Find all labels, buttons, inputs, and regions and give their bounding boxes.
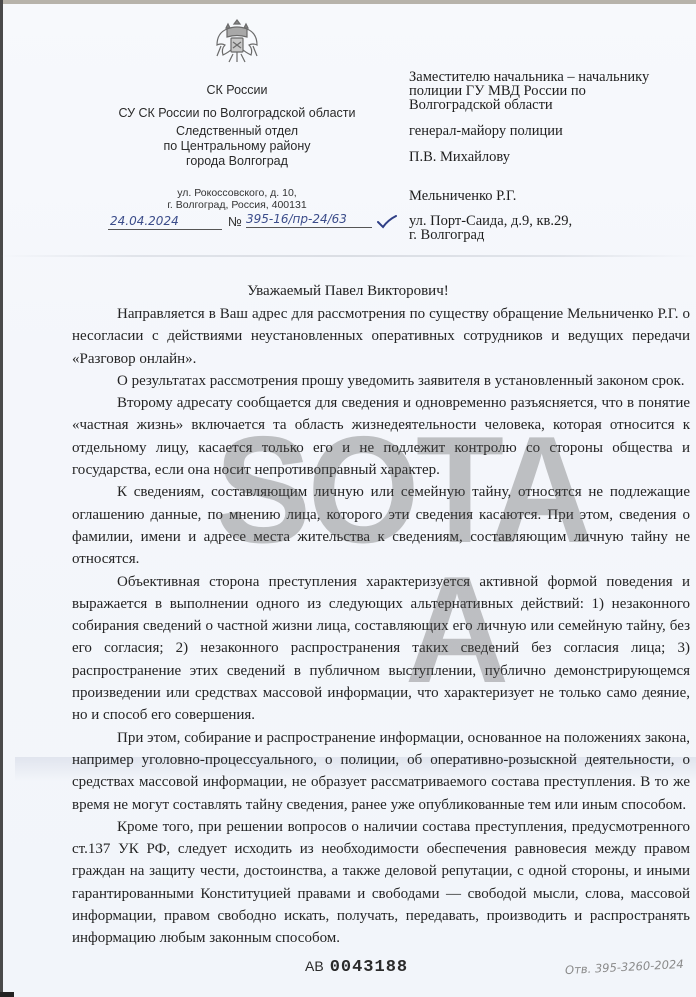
paragraph: При этом, собирание и распространение ин… bbox=[72, 727, 690, 816]
coat-of-arms-icon bbox=[213, 16, 261, 68]
number-label: № bbox=[228, 214, 242, 229]
paragraph: Кроме того, при решении вопросов о налич… bbox=[72, 816, 690, 950]
paragraph: О результатах рассмотрения прошу уведоми… bbox=[72, 370, 690, 392]
addressee-line-3: Волгоградской области bbox=[409, 98, 553, 113]
checkmark-icon bbox=[377, 215, 397, 229]
paragraph: Второму адресату сообщается для сведения… bbox=[72, 392, 690, 481]
dept-line-1: Следственный отдел bbox=[107, 124, 367, 138]
letter-body: Направляется в Ваш адрес для рассмотрени… bbox=[72, 303, 690, 950]
handwritten-reg-number: 395-16/пр-24/63 bbox=[246, 211, 372, 228]
serial-digits: 0043188 bbox=[330, 958, 408, 977]
addressee-name: П.В. Михайлову bbox=[409, 150, 510, 165]
address-line-1: ул. Рокоссовского, д. 10, bbox=[107, 187, 367, 199]
scan-top-edge bbox=[0, 0, 696, 4]
second-addressee-name: Мельниченко Р.Г. bbox=[409, 189, 516, 204]
addressee-rank: генерал-майору полиции bbox=[409, 124, 563, 139]
second-addressee-address-2: г. Волгоград bbox=[409, 228, 484, 243]
paragraph: Направляется в Ваш адрес для рассмотрени… bbox=[72, 303, 690, 370]
serial-prefix: АВ bbox=[305, 958, 324, 974]
scan-left-edge bbox=[0, 0, 3, 997]
address-line-2: г. Волгоград, Россия, 400131 bbox=[107, 199, 367, 211]
form-serial-number: АВ0043188 bbox=[305, 958, 408, 977]
handwritten-footer-note: Отв. 395-3260-2024 bbox=[565, 957, 684, 977]
paragraph: К сведениям, составляющим личную или сем… bbox=[72, 481, 690, 570]
handwritten-date: 24.04.2024 bbox=[108, 213, 222, 230]
salutation: Уважаемый Павел Викторович! bbox=[0, 283, 696, 300]
document-page: СК России СУ СК России по Волгоградской … bbox=[0, 0, 696, 997]
dept-line-3: города Волгоград bbox=[107, 154, 367, 168]
scan-bottom-corner bbox=[0, 992, 14, 997]
org-region: СУ СК России по Волгоградской области bbox=[107, 106, 367, 120]
paper-fold-line bbox=[0, 255, 696, 257]
org-short: СК России bbox=[107, 83, 367, 97]
paragraph: Объективная сторона преступления характе… bbox=[72, 571, 690, 727]
dept-line-2: по Центральному району bbox=[107, 139, 367, 153]
